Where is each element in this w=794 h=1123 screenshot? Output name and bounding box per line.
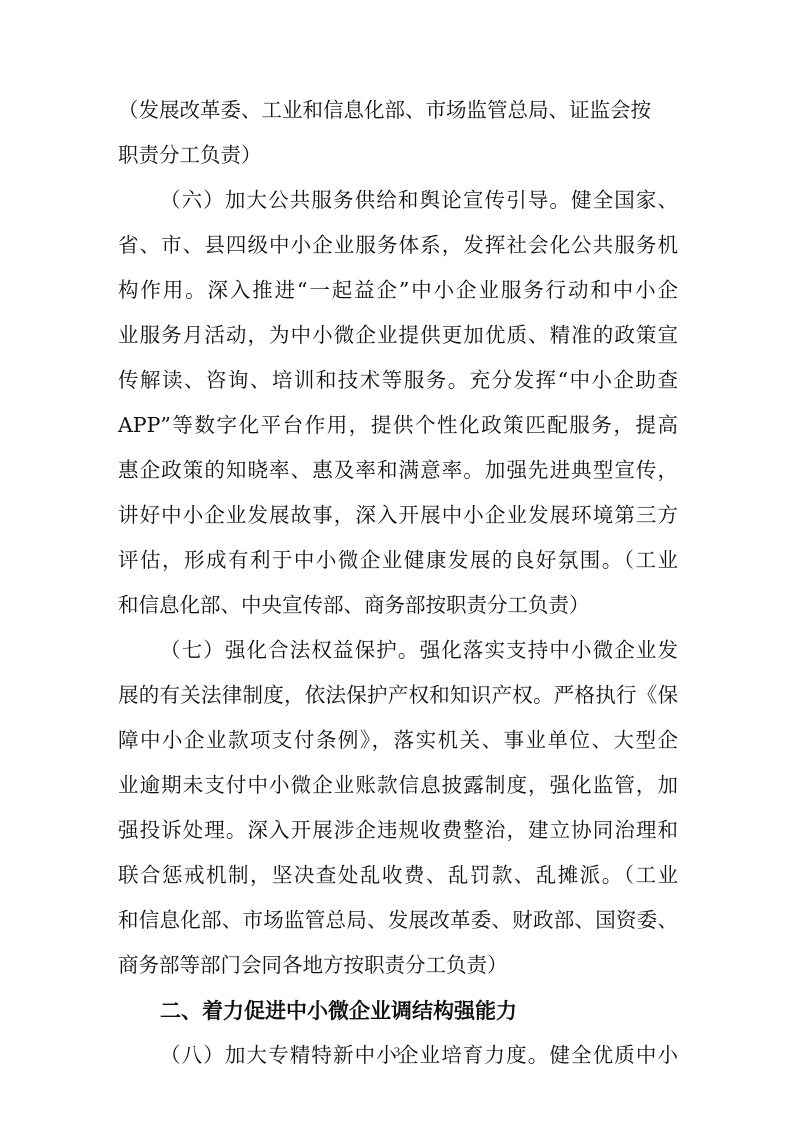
text-line: 构作用。深入推进“一起益企”中小企业服务行动和中小企 — [118, 275, 678, 305]
document-page: （发展改革委、工业和信息化部、市场监管总局、证监会按 职责分工负责） （六）加大… — [0, 0, 794, 1123]
text-line: 强投诉处理。深入开展涉企违规收费整治，建立协同治理和 — [118, 815, 678, 845]
text-line: 职责分工负责） — [118, 140, 678, 170]
text-line: （发展改革委、工业和信息化部、市场监管总局、证监会按 — [118, 95, 678, 125]
text-line: 评估，形成有利于中小微企业健康发展的良好氛围。（工业 — [118, 545, 678, 575]
text-line: 和信息化部、中央宣传部、商务部按职责分工负责） — [118, 590, 678, 620]
text-line: 业服务月活动，为中小微企业提供更加优质、精准的政策宣 — [118, 320, 678, 350]
text-line: 省、市、县四级中小企业服务体系，发挥社会化公共服务机 — [118, 230, 678, 260]
text-line: 传解读、咨询、培训和技术等服务。充分发挥“中小企助查 — [118, 365, 678, 395]
text-line: 和信息化部、市场监管总局、发展改革委、财政部、国资委、 — [118, 905, 678, 935]
text-line: 障中小企业款项支付条例》，落实机关、事业单位、大型企 — [118, 725, 678, 755]
section-6-heading-line: （六）加大公共服务供给和舆论宣传引导。健全国家、 — [160, 185, 678, 215]
text-line: 展的有关法律制度，依法保护产权和知识产权。严格执行《保 — [118, 680, 678, 710]
text-line: APP”等数字化平台作用，提供个性化政策匹配服务，提高 — [118, 410, 678, 440]
page-number: 3 — [0, 1044, 794, 1060]
text-line: 讲好中小企业发展故事，深入开展中小企业发展环境第三方 — [118, 500, 678, 530]
text-line: 联合惩戒机制，坚决查处乱收费、乱罚款、乱摊派。（工业 — [118, 860, 678, 890]
text-line: 惠企政策的知晓率、惠及率和满意率。加强先进典型宣传， — [118, 455, 678, 485]
section-7-heading-line: （七）强化合法权益保护。强化落实支持中小微企业发 — [160, 635, 678, 665]
text-line: 商务部等部门会同各地方按职责分工负责） — [118, 950, 678, 980]
text-line: 业逾期未支付中小微企业账款信息披露制度，强化监管，加 — [118, 770, 678, 800]
section-heading: 二、着力促进中小微企业调结构强能力 — [160, 996, 678, 1026]
